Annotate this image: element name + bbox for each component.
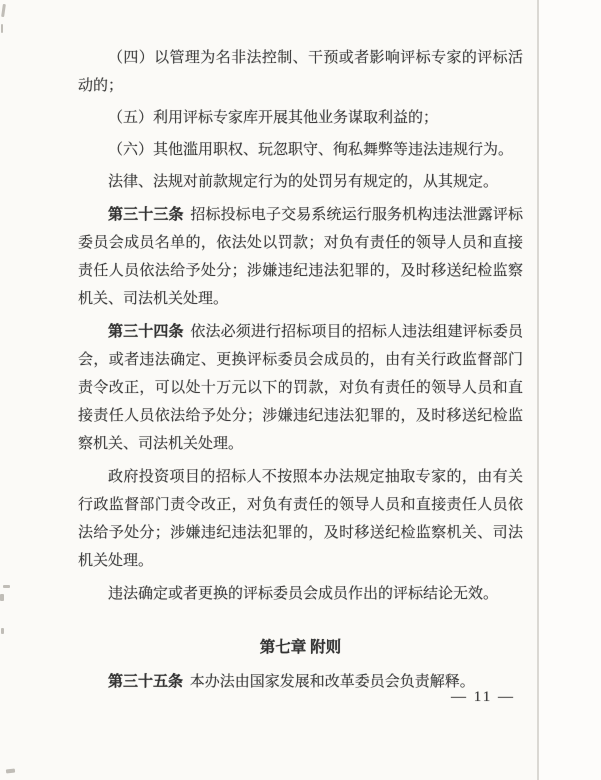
scanned-document-page: （四）以管理为名非法控制、干预或者影响评标专家的评标活动的； （五）利用评标专家… [0,0,601,780]
clause-vi-paragraph: （六）其他滥用职权、玩忽职守、徇私舞弊等违法违规行为。 [78,136,523,164]
article-33-paragraph: 第三十三条招标投标电子交易系统运行服务机构违法泄露评标委员会成员名单的，依法处以… [78,201,523,313]
clause-iv-paragraph: （四）以管理为名非法控制、干预或者影响评标专家的评标活动的； [78,44,523,100]
document-body: （四）以管理为名非法控制、干预或者影响评标专家的评标活动的； （五）利用评标专家… [78,44,523,700]
scan-artifact [1,628,4,634]
scan-artifact [6,769,15,774]
chapter-7-heading: 第七章 附则 [78,634,523,662]
clause-v-text: （五）利用评标专家库开展其他业务谋取利益的； [108,110,438,126]
clause-iv-text: （四）以管理为名非法控制、干预或者影响评标专家的评标活动的； [78,50,523,94]
article-35-label: 第三十五条 [108,674,183,690]
scan-edge-strip [539,0,601,780]
article-34-paragraph: 第三十四条依法必须进行招标项目的招标人违法组建评标委员会，或者违法确定、更换评标… [78,318,523,458]
article-35-text: 本办法由国家发展和改革委员会负责解释。 [190,674,475,690]
article-34-text: 依法必须进行招标项目的招标人违法组建评标委员会，或者违法确定、更换评标委员会成员… [78,324,523,452]
scan-artifact [3,585,10,588]
proviso-paragraph: 法律、法规对前款规定行为的处罚另有规定的，从其规定。 [78,168,523,196]
invalid-conclusion-paragraph: 违法确定或者更换的评标委员会成员作出的评标结论无效。 [78,580,523,608]
proviso-text: 法律、法规对前款规定行为的处罚另有规定的，从其规定。 [108,174,498,190]
scan-artifact [1,4,6,17]
page-number: — 11 — [451,688,515,706]
article-34-label: 第三十四条 [108,324,184,340]
invalid-conclusion-text: 违法确定或者更换的评标委员会成员作出的评标结论无效。 [108,586,498,602]
government-projects-paragraph: 政府投资项目的招标人不按照本办法规定抽取专家的，由有关行政监督部门责令改正，对负… [78,463,523,575]
government-projects-text: 政府投资项目的招标人不按照本办法规定抽取专家的，由有关行政监督部门责令改正，对负… [78,469,523,569]
scan-artifact [0,594,4,601]
scan-artifact [1,24,3,33]
article-33-label: 第三十三条 [108,207,184,223]
clause-vi-text: （六）其他滥用职权、玩忽职守、徇私舞弊等违法违规行为。 [108,142,513,158]
clause-v-paragraph: （五）利用评标专家库开展其他业务谋取利益的； [78,104,523,132]
